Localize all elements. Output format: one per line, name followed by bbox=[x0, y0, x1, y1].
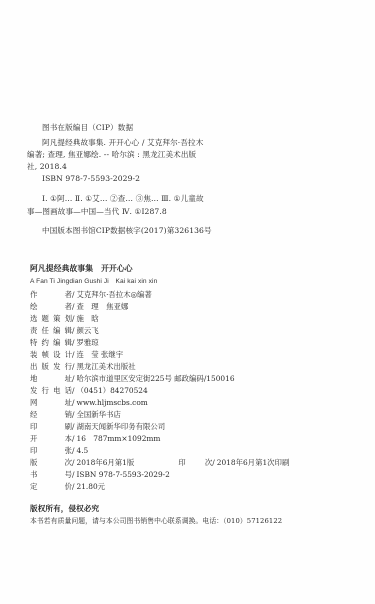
cip-entry-line: 社, 2018.4 bbox=[27, 162, 67, 172]
colophon-label: 责任编辑 bbox=[30, 326, 72, 336]
colophon-value: 16 787mm×1092mm bbox=[77, 434, 161, 444]
separator: / bbox=[72, 374, 75, 384]
colophon-label: 书 号 bbox=[30, 470, 72, 480]
colophon-label: 定 价 bbox=[30, 482, 72, 492]
separator: / bbox=[72, 434, 75, 444]
colophon-label: 绘 者 bbox=[30, 302, 72, 312]
colophon-value: 21.80元 bbox=[77, 482, 106, 492]
cip-number: 中国版本图书馆CIP数据核字(2017)第326136号 bbox=[42, 226, 212, 236]
colophon-row-format: 开 本/16 787mm×1092mm bbox=[30, 434, 160, 444]
colophon-row-illustrator: 绘 者/查 理 焦亚娜 bbox=[30, 302, 128, 312]
rights-notice: 本书若有质量问题，请与本公司图书销售中心联系调换。电话：（010）5712612… bbox=[30, 516, 282, 526]
colophon-label: 作 者 bbox=[30, 290, 72, 300]
colophon-label: 网 址 bbox=[30, 398, 72, 408]
colophon-row-design: 装帧设计/连 莹 张继宇 bbox=[30, 350, 123, 360]
colophon-value: 查 理 焦亚娜 bbox=[77, 302, 129, 312]
colophon-row-sheets: 印 张/4.5 bbox=[30, 446, 88, 456]
separator: / bbox=[72, 362, 75, 372]
book-title: 阿凡提经典故事集 开开心心 bbox=[30, 264, 133, 274]
colophon-row-editor: 责任编辑/颜云飞 bbox=[30, 326, 99, 336]
separator: / bbox=[72, 470, 75, 480]
colophon-label-printing: 印 次 bbox=[178, 458, 212, 468]
separator: / bbox=[72, 314, 75, 324]
cip-entry-line: 编著; 查理, 焦亚娜绘. -- 哈尔滨 : 黑龙江美术出版 bbox=[27, 150, 196, 160]
separator: / bbox=[72, 398, 75, 408]
colophon-value: 艾克拜尔·吾拉木◎编著 bbox=[77, 290, 152, 300]
colophon-value-printing: 2018年6月第1次印刷 bbox=[217, 458, 290, 468]
colophon-row-printer: 印 刷/湖南天闻新华印务有限公司 bbox=[30, 422, 165, 432]
colophon-value: （0451）84270524 bbox=[77, 386, 148, 396]
colophon-label: 特约编辑 bbox=[30, 338, 72, 348]
colophon-row-address: 地 址/哈尔滨市道里区安定街225号 邮政编码/150016 bbox=[30, 374, 235, 384]
separator: / bbox=[72, 290, 75, 300]
cip-classification-line: 事—图画故事—中国—当代 Ⅳ. ①I287.8 bbox=[27, 207, 167, 217]
separator: / bbox=[212, 458, 215, 468]
colophon-row-website: 网 址/www.hljmscbs.com bbox=[30, 398, 148, 408]
colophon-label: 装帧设计 bbox=[30, 350, 72, 360]
colophon-value: 黑龙江美术出版社 bbox=[77, 362, 136, 372]
colophon-label: 印 张 bbox=[30, 446, 72, 456]
colophon-label: 经 销 bbox=[30, 410, 72, 420]
colophon-row-publisher: 出版发行/黑龙江美术出版社 bbox=[30, 362, 136, 372]
cip-entry-line: 阿凡提经典故事集. 开开心心 / 艾克拜尔·吾拉木 bbox=[42, 138, 203, 148]
colophon-value: 哈尔滨市道里区安定街225号 邮政编码/150016 bbox=[77, 374, 235, 384]
colophon-value: 连 莹 张继宇 bbox=[77, 350, 124, 360]
separator: / bbox=[72, 422, 75, 432]
cip-isbn-line: ISBN 978-7-5593-2029-2 bbox=[42, 174, 140, 184]
colophon-label: 开 本 bbox=[30, 434, 72, 444]
colophon-value: 全国新华书店 bbox=[77, 410, 121, 420]
colophon-row-isbn: 书 号/ISBN 978-7-5593-2029-2 bbox=[30, 470, 170, 480]
colophon-value: www.hljmscbs.com bbox=[77, 398, 148, 408]
colophon-label: 印 刷 bbox=[30, 422, 72, 432]
separator: / bbox=[72, 338, 75, 348]
colophon-value: ISBN 978-7-5593-2029-2 bbox=[77, 470, 170, 480]
book-pinyin-title: A Fan Ti Jingdian Gushi Ji Kai kai xin x… bbox=[30, 277, 157, 287]
rights-heading: 版权所有，侵权必究 bbox=[30, 504, 99, 514]
colophon-label: 选题策划 bbox=[30, 314, 72, 324]
colophon-value: 4.5 bbox=[77, 446, 89, 456]
colophon-value: 2018年6月第1版 bbox=[77, 458, 135, 468]
separator: / bbox=[72, 446, 75, 456]
separator: / bbox=[72, 482, 75, 492]
copyright-page: 图书在版编目（CIP）数据 阿凡提经典故事集. 开开心心 / 艾克拜尔·吾拉木 … bbox=[0, 0, 375, 604]
cip-classification-line: Ⅰ. ①阿… Ⅱ. ①艾… ②查… ③焦… Ⅲ. ①儿童故 bbox=[42, 194, 204, 204]
colophon-row-distributor: 经 销/全国新华书店 bbox=[30, 410, 121, 420]
colophon-label: 发行电话 bbox=[30, 386, 72, 396]
colophon-row-edition: 版 次/2018年6月第1版印 次/2018年6月第1次印刷 bbox=[30, 458, 289, 468]
separator: / bbox=[72, 350, 75, 360]
colophon-label: 出版发行 bbox=[30, 362, 72, 372]
colophon-row-special-editor: 特约编辑/罗雅琼 bbox=[30, 338, 99, 348]
separator: / bbox=[72, 386, 75, 396]
colophon-row-planner: 选题策划/施 晗 bbox=[30, 314, 99, 324]
colophon-label: 地 址 bbox=[30, 374, 72, 384]
colophon-value: 颜云飞 bbox=[77, 326, 99, 336]
separator: / bbox=[72, 302, 75, 312]
colophon-value: 施 晗 bbox=[77, 314, 99, 324]
colophon-row-price: 定 价/21.80元 bbox=[30, 482, 105, 492]
colophon-label: 版 次 bbox=[30, 458, 72, 468]
cip-header: 图书在版编目（CIP）数据 bbox=[42, 123, 133, 133]
separator: / bbox=[72, 458, 75, 468]
separator: / bbox=[72, 326, 75, 336]
colophon-value: 湖南天闻新华印务有限公司 bbox=[77, 422, 166, 432]
colophon-row-phone: 发行电话/（0451）84270524 bbox=[30, 386, 148, 396]
colophon-value: 罗雅琼 bbox=[77, 338, 99, 348]
separator: / bbox=[72, 410, 75, 420]
colophon-row-author: 作 者/艾克拜尔·吾拉木◎编著 bbox=[30, 290, 152, 300]
